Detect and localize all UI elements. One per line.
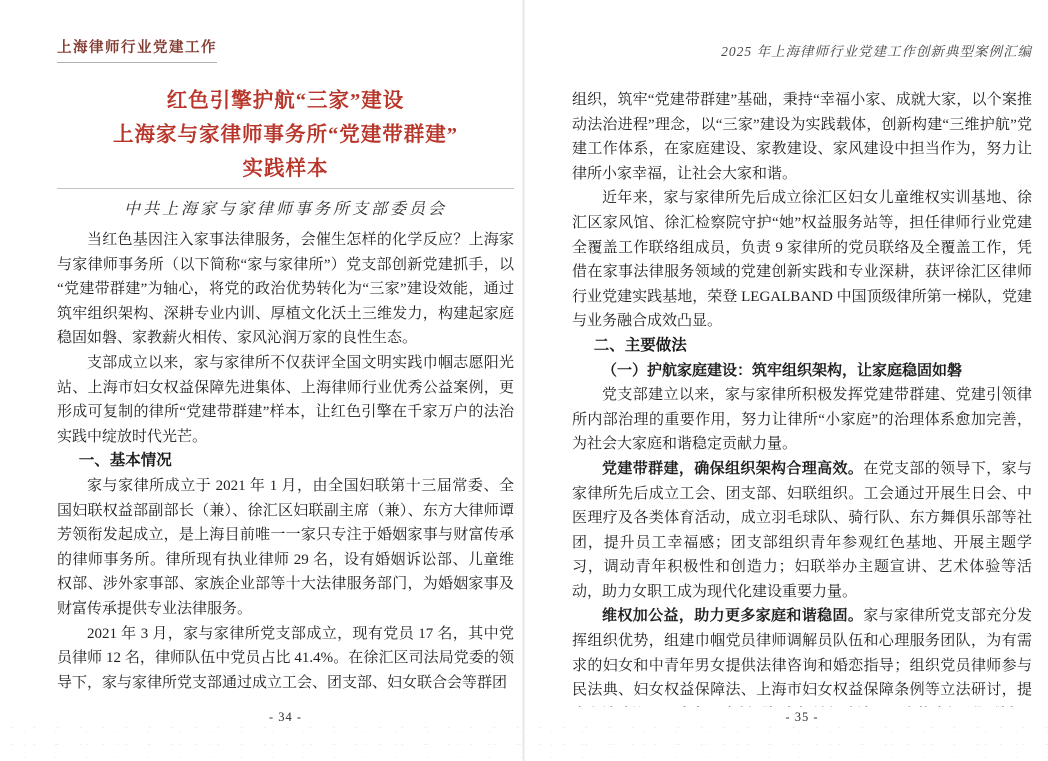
paragraph: 支部成立以来，家与家律所不仅获评全国文明实践巾帼志愿阳光站、上海市妇女权益保障先… bbox=[57, 351, 514, 449]
paragraph: 家与家律所成立于 2021 年 1 月，由全国妇联第十三届常委、全国妇联权益部副… bbox=[57, 474, 514, 622]
article-title-line3: 实践样本 bbox=[57, 152, 514, 186]
article-byline: 中共上海家与家律师事务所支部委员会 bbox=[57, 196, 514, 219]
paragraph-text: 在党支部的领导下，家与家律所先后成立工会、团支部、妇联组织。工会通过开展生日会、… bbox=[572, 461, 1032, 600]
page-right: 2025 年上海律师行业党建工作创新典型案例汇编 组织，筑牢“党建带群建”基础，… bbox=[572, 0, 1032, 761]
article-title-line1: 红色引擎护航“三家”建设 bbox=[57, 84, 514, 118]
section-heading-basic-info: 一、基本情况 bbox=[57, 449, 514, 474]
paragraph-with-bold-lead: 党建带群建，确保组织架构合理高效。在党支部的领导下，家与家律所先后成立工会、团支… bbox=[572, 457, 1032, 605]
running-head-right: 2025 年上海律师行业党建工作创新典型案例汇编 bbox=[721, 40, 1032, 60]
paragraph-continuation: 组织，筑牢“党建带群建”基础，秉持“幸福小家、成就大家，以个案推动法治进程”理念… bbox=[572, 88, 1032, 186]
paragraph: 当红色基因注入家事法律服务，会催生怎样的化学反应？上海家与家律师事务所（以下简称… bbox=[57, 228, 514, 351]
running-head-left: 上海律师行业党建工作 bbox=[57, 36, 217, 63]
sub-heading-family-building: （一）护航家庭建设：筑牢组织架构，让家庭稳固如磐 bbox=[572, 359, 1032, 384]
paragraph-with-bold-lead: 维权加公益，助力更多家庭和谐稳固。家与家律所党支部充分发挥组织优势，组建巾帼党员… bbox=[572, 604, 1032, 707]
article-title-line2: 上海家与家律师事务所“党建带群建” bbox=[57, 118, 514, 152]
paragraph: 党支部建立以来，家与家律所积极发挥党建带群建、党建引领律所内部治理的重要作用，努… bbox=[572, 383, 1032, 457]
paragraph: 近年来，家与家律所先后成立徐汇区妇女儿童维权实训基地、徐汇区家风馆、徐汇检察院守… bbox=[572, 186, 1032, 334]
page-right-body: 组织，筑牢“党建带群建”基础，秉持“幸福小家、成就大家，以个案推动法治进程”理念… bbox=[572, 88, 1032, 707]
article-title: 红色引擎护航“三家”建设 上海家与家律师事务所“党建带群建” 实践样本 bbox=[57, 84, 514, 186]
page-spine-divider bbox=[522, 0, 525, 761]
page-left: 上海律师行业党建工作 红色引擎护航“三家”建设 上海家与家律师事务所“党建带群建… bbox=[57, 0, 514, 761]
page-left-body: 当红色基因注入家事法律服务，会催生怎样的化学反应？上海家与家律师事务所（以下简称… bbox=[57, 228, 514, 707]
page-number-left: - 34 - bbox=[57, 710, 514, 725]
paragraph-bold-lead: 党建带群建，确保组织架构合理高效。 bbox=[602, 461, 863, 477]
section-heading-main-methods: 二、主要做法 bbox=[572, 334, 1032, 359]
paragraph: 2021 年 3 月，家与家律所党支部成立，现有党员 17 名，其中党员律师 1… bbox=[57, 622, 514, 696]
scanned-book-spread: 上海律师行业党建工作 红色引擎护航“三家”建设 上海家与家律师事务所“党建带群建… bbox=[0, 0, 1048, 761]
paragraph-bold-lead: 维权加公益，助力更多家庭和谐稳固。 bbox=[602, 608, 863, 624]
page-number-right: - 35 - bbox=[572, 710, 1032, 725]
title-divider-rule bbox=[57, 188, 514, 189]
